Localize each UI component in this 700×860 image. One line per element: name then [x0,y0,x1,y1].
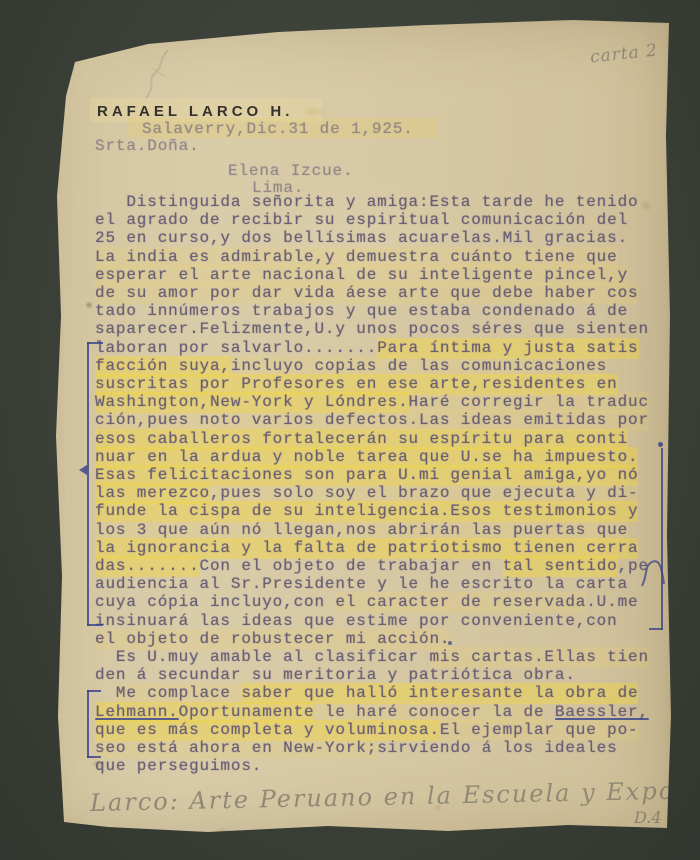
typed-line: esos caballeros fortalecerán su espíritu… [95,430,628,448]
left-bracket-bottom-hook [87,624,103,626]
typed-line: Washington,New-York y Lóndres.Haré corre… [95,393,649,411]
typed-line: insinuará las ideas que estime por conve… [95,612,618,630]
typed-line: Me complace saber que halló interesante … [116,684,639,702]
right-margin-squiggle [640,556,666,590]
typed-line: seo está ahora en New-York;sirviendo á l… [95,739,618,757]
typed-line: saparecer.Felizmente,U.y unos pocos sére… [95,320,649,338]
typed-line: Esas felicitaciones son para U.mi genial… [95,466,638,484]
typed-line: el agrado de recibir su espiritual comun… [95,211,628,229]
left-bracket-top-hook [87,342,103,344]
typed-line: esperar el arte nacional de su inteligen… [95,266,628,284]
typed-line: 25 en curso,y dos bellísimas acuarelas.M… [95,229,628,247]
right-margin-hook [649,628,663,630]
typed-line: den á secundar su meritoria y patriótica… [95,666,576,684]
typed-line: funde la cispa de su inteligencia.Esos t… [95,502,638,520]
pencil-scribble-icon [138,46,182,110]
typed-line: suscritas por Profesores en ese arte,res… [95,375,618,393]
blue-period-mark [448,641,452,645]
typed-line: la ignorancia y la falta de patriotismo … [95,539,638,557]
typed-line: laboran por salvarlo.......Para íntima y… [95,339,639,357]
typed-line: los 3 que aún nó llegan,nos abrirán las … [95,521,628,539]
blue-underline-lehmann [95,718,179,720]
blue-underline-baessler [555,718,649,720]
left-bracket2-line [87,690,89,758]
pencil-note-catalog: Larco: Arte Peruano en la Escuela y Expo… [90,775,700,817]
right-margin-line [661,448,663,630]
typed-line: que perseguimos. [95,757,262,775]
right-margin-dot [658,442,663,447]
typed-line: Distinguida señorita y amiga:Esta tarde … [126,193,638,211]
letterhead-name: RAFAEL LARCO H. [97,103,293,120]
left-bracket-arrow-icon [79,465,87,475]
date-line: Salaverry,Dic.31 de 1,925. [142,120,414,138]
typed-line: facción suya,incluyo copias de las comun… [95,357,607,375]
left-bracket2-top-hook [87,690,101,692]
left-bracket-line [87,342,89,626]
left-bracket2-bottom-hook [87,756,101,758]
photo-background: { "document": { "letterhead": "RAFAEL LA… [0,0,700,860]
typed-line: La india es admirable,y demuestra cuánto… [95,248,618,266]
typed-line: das.......Con el objeto de trabajar en t… [95,557,649,575]
typed-line: el objeto de robustecer mi acción. [95,630,450,648]
typed-line: que es más completa y voluminosa.El ejem… [95,721,639,739]
letter-page: RAFAEL LARCO H. Salaverry,Dic.31 de 1,92… [28,16,673,842]
typed-line: cuya cópia incluyo,con el caracter de re… [95,593,639,611]
recipient-name: Elena Izcue. [228,162,353,180]
typed-line: audiencia al Sr.Presidente y le he escri… [95,575,628,593]
typed-line: ción,pues noto varios defectos.Las ideas… [95,411,649,429]
typed-line: Es U.muy amable al clasificar mis cartas… [116,648,649,666]
typed-line: nuar en la ardua y noble tarea que U.se … [95,448,638,466]
pencil-note-carta2: carta 2 [589,41,659,68]
recipient-title: Srta.Doña. [95,137,200,155]
pencil-note-d4: D.4 [634,808,662,827]
typed-line: de su amor por dar vida áese arte que de… [95,284,638,302]
typed-line: tado innúmeros trabajos y que estaba con… [95,302,628,320]
typed-line: las merezco,pues solo soy el brazo que e… [95,484,638,502]
